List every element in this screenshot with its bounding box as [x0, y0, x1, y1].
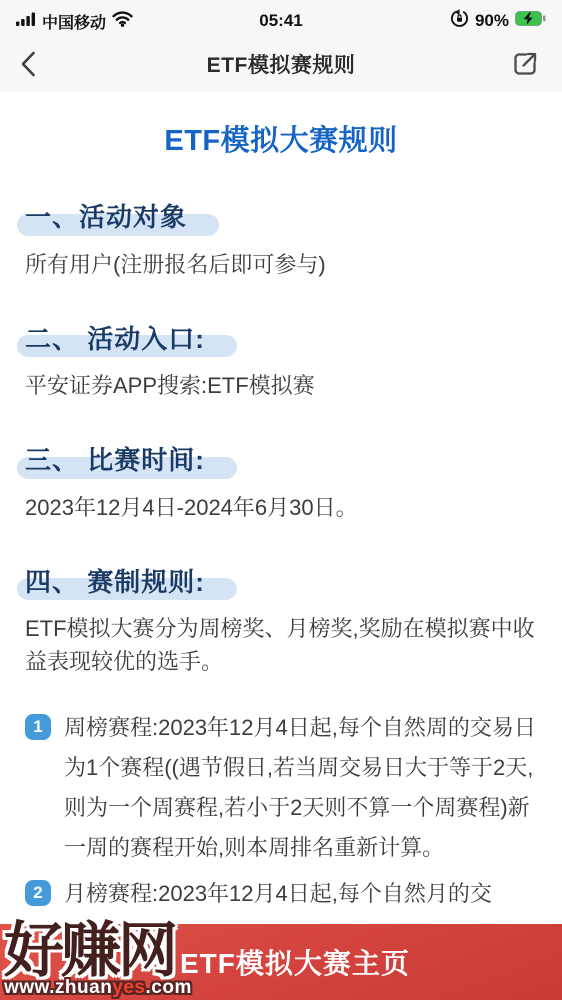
contest-homepage-button[interactable]: ETF模拟大赛主页 — [0, 924, 562, 1000]
number-badge: 2 — [25, 880, 51, 906]
header: 中国移动 05:41 — [0, 0, 562, 92]
section-heading: 四、 赛制规则: — [25, 568, 205, 597]
status-bar: 中国移动 05:41 — [0, 0, 562, 36]
section-body: ETF模拟大赛分为周榜奖、月榜奖,奖励在模拟赛中收益表现较优的选手。 — [25, 612, 537, 678]
clock: 05:41 — [0, 11, 562, 31]
open-external-button[interactable] — [510, 49, 540, 79]
back-button[interactable] — [20, 51, 38, 77]
article-title: ETF模拟大赛规则 — [25, 118, 537, 159]
section-activity-entry: 二、 活动入口: 平安证券APP搜索:ETF模拟赛 — [25, 325, 537, 403]
rule-text: 周榜赛程:2023年12月4日起,每个自然周的交易日为1个赛程((遇节假日,若当… — [64, 708, 537, 868]
section-contest-time: 三、 比赛时间: 2023年12月4日-2024年6月30日。 — [25, 446, 537, 524]
nav-bar: ETF模拟赛规则 — [0, 36, 562, 92]
section-body: 2023年12月4日-2024年6月30日。 — [25, 491, 537, 524]
section-contest-rules: 四、 赛制规则: ETF模拟大赛分为周榜奖、月榜奖,奖励在模拟赛中收益表现较优的… — [25, 568, 537, 915]
article-content: ETF模拟大赛规则 一、活动对象 所有用户(注册报名后即可参与) 二、 活动入口… — [0, 118, 562, 914]
rule-text: 月榜赛程:2023年12月4日起,每个自然月的交 — [64, 874, 492, 914]
list-item-weekly-rule: 1 周榜赛程:2023年12月4日起,每个自然周的交易日为1个赛程((遇节假日,… — [25, 708, 537, 868]
contest-homepage-label: ETF模拟大赛主页 — [0, 942, 410, 982]
section-heading: 三、 比赛时间: — [25, 446, 205, 475]
rules-list: 1 周榜赛程:2023年12月4日起,每个自然周的交易日为1个赛程((遇节假日,… — [25, 708, 537, 914]
section-heading: 二、 活动入口: — [25, 325, 205, 354]
page-header-title: ETF模拟赛规则 — [207, 49, 356, 79]
number-badge: 1 — [25, 714, 51, 740]
phone-screen: 中国移动 05:41 — [0, 0, 562, 1000]
section-body: 所有用户(注册报名后即可参与) — [25, 248, 537, 281]
section-heading: 一、活动对象 — [25, 203, 187, 232]
list-item-monthly-rule: 2 月榜赛程:2023年12月4日起,每个自然月的交 — [25, 874, 537, 914]
section-activity-target: 一、活动对象 所有用户(注册报名后即可参与) — [25, 203, 537, 281]
section-body: 平安证券APP搜索:ETF模拟赛 — [25, 369, 537, 402]
